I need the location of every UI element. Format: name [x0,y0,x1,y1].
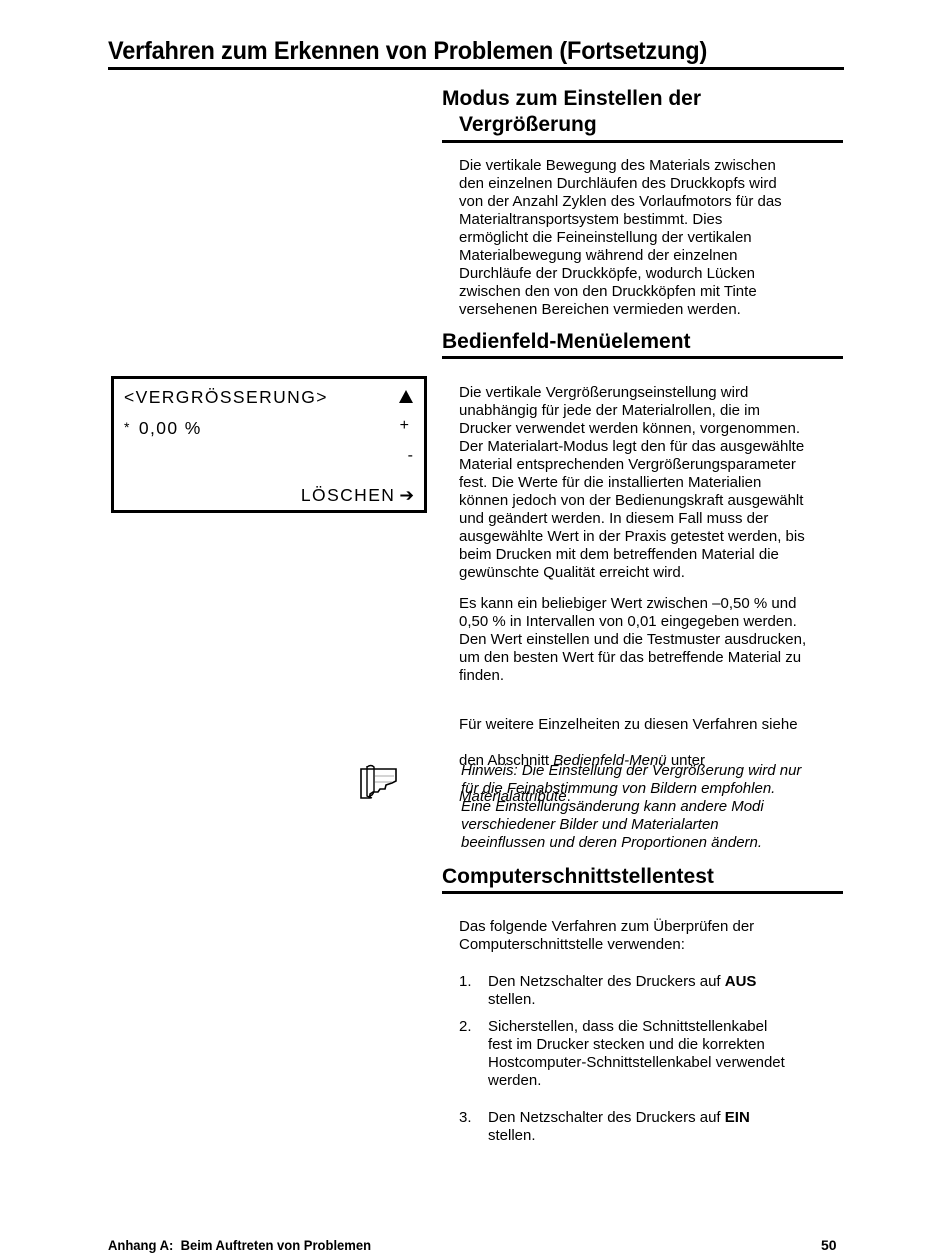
text-line: Die vertikale Bewegung des Materials zwi… [459,157,843,175]
title-rule [108,67,844,70]
lcd-clear-text: LÖSCHEN [301,485,395,505]
text-line: stellen. [488,991,756,1009]
text-line: beim Drucken mit dem betreffenden Materi… [459,546,843,564]
section-rule [442,356,843,359]
text-line: versehenen Bereichen vermieden werden. [459,301,843,319]
emphasis: EIN [725,1109,750,1126]
interface-test-intro: Das folgende Verfahren zum Überprüfen de… [459,918,843,954]
list-item-text: Den Netzschalter des Druckers auf EINste… [488,1109,750,1145]
text-line: Material entsprechenden Vergrößerungspar… [459,456,843,474]
text-line: fest im Drucker stecken und die korrekte… [488,1036,785,1054]
text-line: unabhängig für jede der Materialrollen, … [459,402,843,420]
text-line: Drucker verwendet werden können, vorgeno… [459,420,843,438]
arrow-right-icon: ➔ [399,485,414,505]
emphasis: AUS [725,973,757,990]
magnification-mode-paragraph: Die vertikale Bewegung des Materials zwi… [459,157,843,319]
text-line: 0,50 % in Intervallen von 0,01 eingegebe… [459,613,843,631]
page-title: Verfahren zum Erkennen von Problemen (Fo… [108,36,800,66]
list-item-text: Den Netzschalter des Druckers auf AUSste… [488,973,756,1009]
panel-menu-paragraph-1: Die vertikale Vergrößerungseinstellung w… [459,384,843,582]
text-line: Es kann ein beliebiger Wert zwischen –0,… [459,595,843,613]
footer-chapter: Anhang A: Beim Auftreten von Problemen [108,1237,371,1253]
text-line: werden. [488,1072,785,1090]
text-line: beeinflussen und deren Proportionen ände… [461,834,845,852]
text-line: Sicherstellen, dass die Schnittstellenka… [488,1018,785,1036]
lcd-value-text: 0,00 % [139,418,202,438]
text-line: stellen. [488,1127,750,1145]
lcd-clear-key-label: LÖSCHEN➔ [301,485,414,505]
text-line: finden. [459,667,843,685]
list-item-number: 3. [459,1109,472,1127]
lcd-selected-marker: * [124,419,131,435]
text-line: für die Feinabstimmung von Bildern empfo… [461,780,845,798]
text-line: ermöglicht die Feineinstellung der verti… [459,229,843,247]
section-heading-magnification-mode: Modus zum Einstellen der Vergrößerung [442,86,701,138]
list-item-number: 1. [459,973,472,991]
text-line: zwischen den von den Druckköpfen mit Tin… [459,283,843,301]
text-line: Durchläufe der Druckköpfe, wodurch Lücke… [459,265,843,283]
text-line: verschiedener Bilder und Materialarten [461,816,845,834]
lcd-menu-title: <VERGRÖSSERUNG> [124,387,328,407]
text-line: gewünschte Qualität erreicht wird. [459,564,843,582]
text-line: Der Materialart-Modus legt den für das a… [459,438,843,456]
section-heading-interface-test: Computerschnittstellentest [442,864,714,890]
text-line: Die vertikale Vergrößerungseinstellung w… [459,384,843,402]
list-item-text: Sicherstellen, dass die Schnittstellenka… [488,1018,785,1090]
heading-line: Modus zum Einstellen der [442,87,701,110]
footer-page-number: 50 [821,1237,837,1253]
text-line: Für weitere Einzelheiten zu diesen Verfa… [459,716,843,734]
text-line: Hostcomputer-Schnittstellenkabel verwend… [488,1054,785,1072]
text-line: und geändert werden. In diesem Fall muss… [459,510,843,528]
text-line: Materialbewegung während der einzelnen [459,247,843,265]
text-line: ausgewählte Wert in der Praxis getestet … [459,528,843,546]
lcd-current-value: *0,00 % [124,417,202,438]
lcd-plus-key-label: + [400,416,409,436]
lcd-panel-display: <VERGRÖSSERUNG> *0,00 % + - LÖSCHEN➔ [111,376,427,513]
list-item-number: 2. [459,1018,472,1036]
text-line: Den Netzschalter des Druckers auf EIN [488,1109,750,1127]
note-text: Hinweis: Die Einstellung der Vergrößerun… [461,762,845,852]
heading-line: Vergrößerung [442,112,701,138]
text-line: Eine Einstellungsänderung kann andere Mo… [461,798,845,816]
text-line: um den besten Wert für das betreffende M… [459,649,843,667]
text-line: Den Netzschalter des Druckers auf AUS [488,973,756,991]
text-line: Materialtransportsystem bestimmt. Dies [459,211,843,229]
text-line: Hinweis: Die Einstellung der Vergrößerun… [461,762,845,780]
text-line: Computerschnittstelle verwenden: [459,936,843,954]
section-rule [442,891,843,894]
text-line: können jedoch von der Bedienungskraft au… [459,492,843,510]
text-line: Den Wert einstellen und die Testmuster a… [459,631,843,649]
section-heading-panel-menu-item: Bedienfeld-Menüelement [442,329,691,355]
text-line: den einzelnen Durchläufen des Druckkopfs… [459,175,843,193]
text-line: von der Anzahl Zyklen des Vorlaufmotors … [459,193,843,211]
panel-menu-paragraph-2: Es kann ein beliebiger Wert zwischen –0,… [459,595,843,685]
text-line: fest. Die Werte für die installierten Ma… [459,474,843,492]
section-rule [442,140,843,143]
note-clip-icon [358,763,398,801]
lcd-minus-key-label: - [408,446,413,466]
triangle-up-icon [399,390,413,403]
text-line: Das folgende Verfahren zum Überprüfen de… [459,918,843,936]
